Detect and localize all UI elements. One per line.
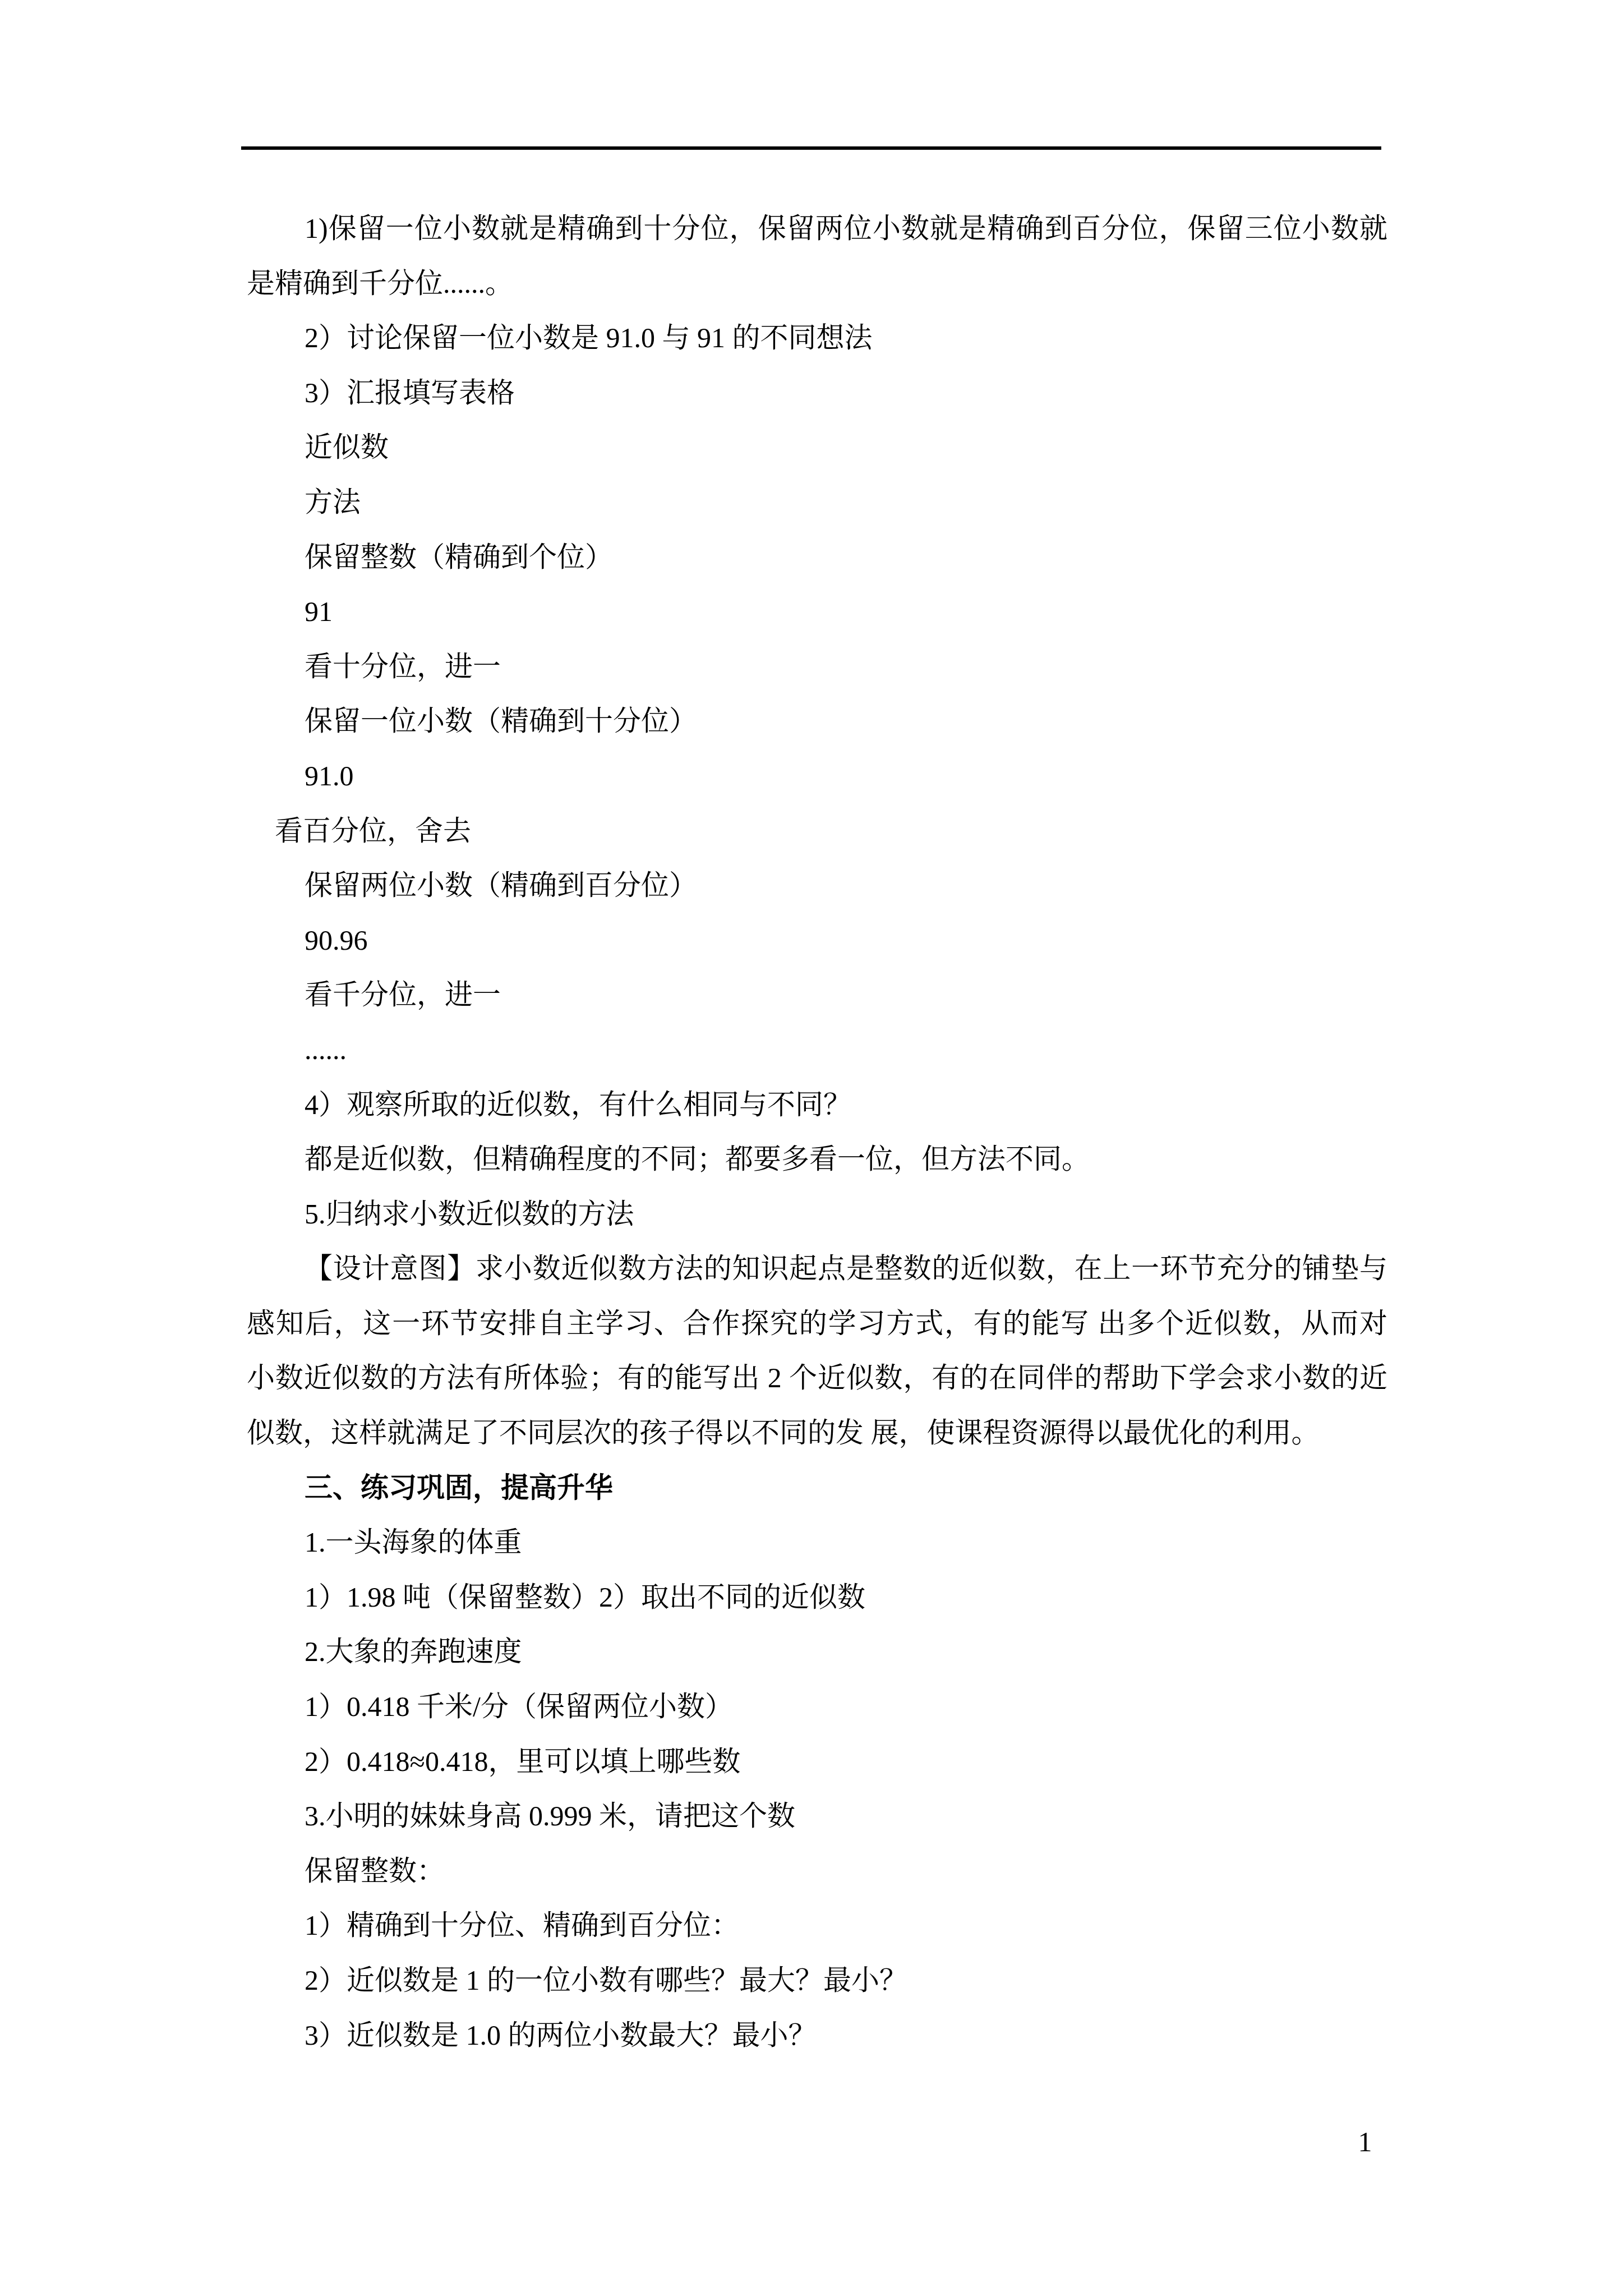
text-line: 都是近似数，但精确程度的不同；都要多看一位，但方法不同。 [247, 1132, 1387, 1187]
text-line: 1)保留一位小数就是精确到十分位，保留两位小数就是精确到百分位，保留三位小数就 [247, 201, 1387, 256]
text-line: 5.归纳求小数近似数的方法 [247, 1187, 1387, 1242]
text-line: 2）讨论保留一位小数是 91.0 与 91 的不同想法 [247, 311, 1387, 366]
text-line: 2.大象的奔跑速度 [247, 1625, 1387, 1680]
text-line: 90.96 [247, 913, 1387, 968]
text-line: 方法 [247, 475, 1387, 530]
text-line: 感知后，这一环节安排自主学习、合作探究的学习方式，有的能写 出多个近似数，从而对 [247, 1296, 1387, 1351]
text-line: 保留整数： [247, 1844, 1387, 1899]
page-number: 1 [1345, 2125, 1385, 2159]
text-line: 看百分位，舍去 [247, 804, 1387, 859]
text-line: 3）近似数是 1.0 的两位小数最大？最小？ [247, 2008, 1387, 2063]
text-line: ...... [247, 1023, 1387, 1078]
text-line: 保留一位小数（精确到十分位） [247, 694, 1387, 749]
text-line: 看千分位，进一 [247, 968, 1387, 1023]
text-line: 91 [247, 585, 1387, 639]
section-heading: 三、练习巩固，提高升华 [247, 1461, 1387, 1516]
text-line: 保留整数（精确到个位） [247, 530, 1387, 585]
text-line: 看十分位，进一 [247, 639, 1387, 694]
text-line: 1）0.418 千米/分（保留两位小数） [247, 1680, 1387, 1734]
text-line: 3）汇报填写表格 [247, 366, 1387, 421]
text-line: 似数，这样就满足了不同层次的孩子得以不同的发 展，使课程资源得以最优化的利用。 [247, 1406, 1387, 1461]
text-line: 1）1.98 吨（保留整数）2）取出不同的近似数 [247, 1570, 1387, 1625]
text-line: 4）观察所取的近似数，有什么相同与不同？ [247, 1078, 1387, 1133]
header-rule [241, 146, 1381, 150]
text-line: 【设计意图】求小数近似数方法的知识起点是整数的近似数，在上一环节充分的铺垫与 [247, 1241, 1387, 1296]
text-line: 2）近似数是 1 的一位小数有哪些？最大？最小？ [247, 1953, 1387, 2008]
text-line: 1.一头海象的体重 [247, 1515, 1387, 1570]
text-line: 1）精确到十分位、精确到百分位： [247, 1898, 1387, 1953]
document-page: 1)保留一位小数就是精确到十分位，保留两位小数就是精确到百分位，保留三位小数就是… [0, 0, 1623, 2296]
text-line: 保留两位小数（精确到百分位） [247, 858, 1387, 913]
text-line: 是精确到千分位......。 [247, 256, 1387, 311]
text-line: 91.0 [247, 749, 1387, 804]
text-line: 近似数 [247, 420, 1387, 475]
text-line: 小数近似数的方法有所体验；有的能写出 2 个近似数，有的在同伴的帮助下学会求小数… [247, 1351, 1387, 1406]
text-line: 2）0.418≈0.418，里可以填上哪些数 [247, 1734, 1387, 1789]
text-line: 3.小明的妹妹身高 0.999 米，请把这个数 [247, 1789, 1387, 1844]
document-body: 1)保留一位小数就是精确到十分位，保留两位小数就是精确到百分位，保留三位小数就是… [247, 201, 1387, 2063]
